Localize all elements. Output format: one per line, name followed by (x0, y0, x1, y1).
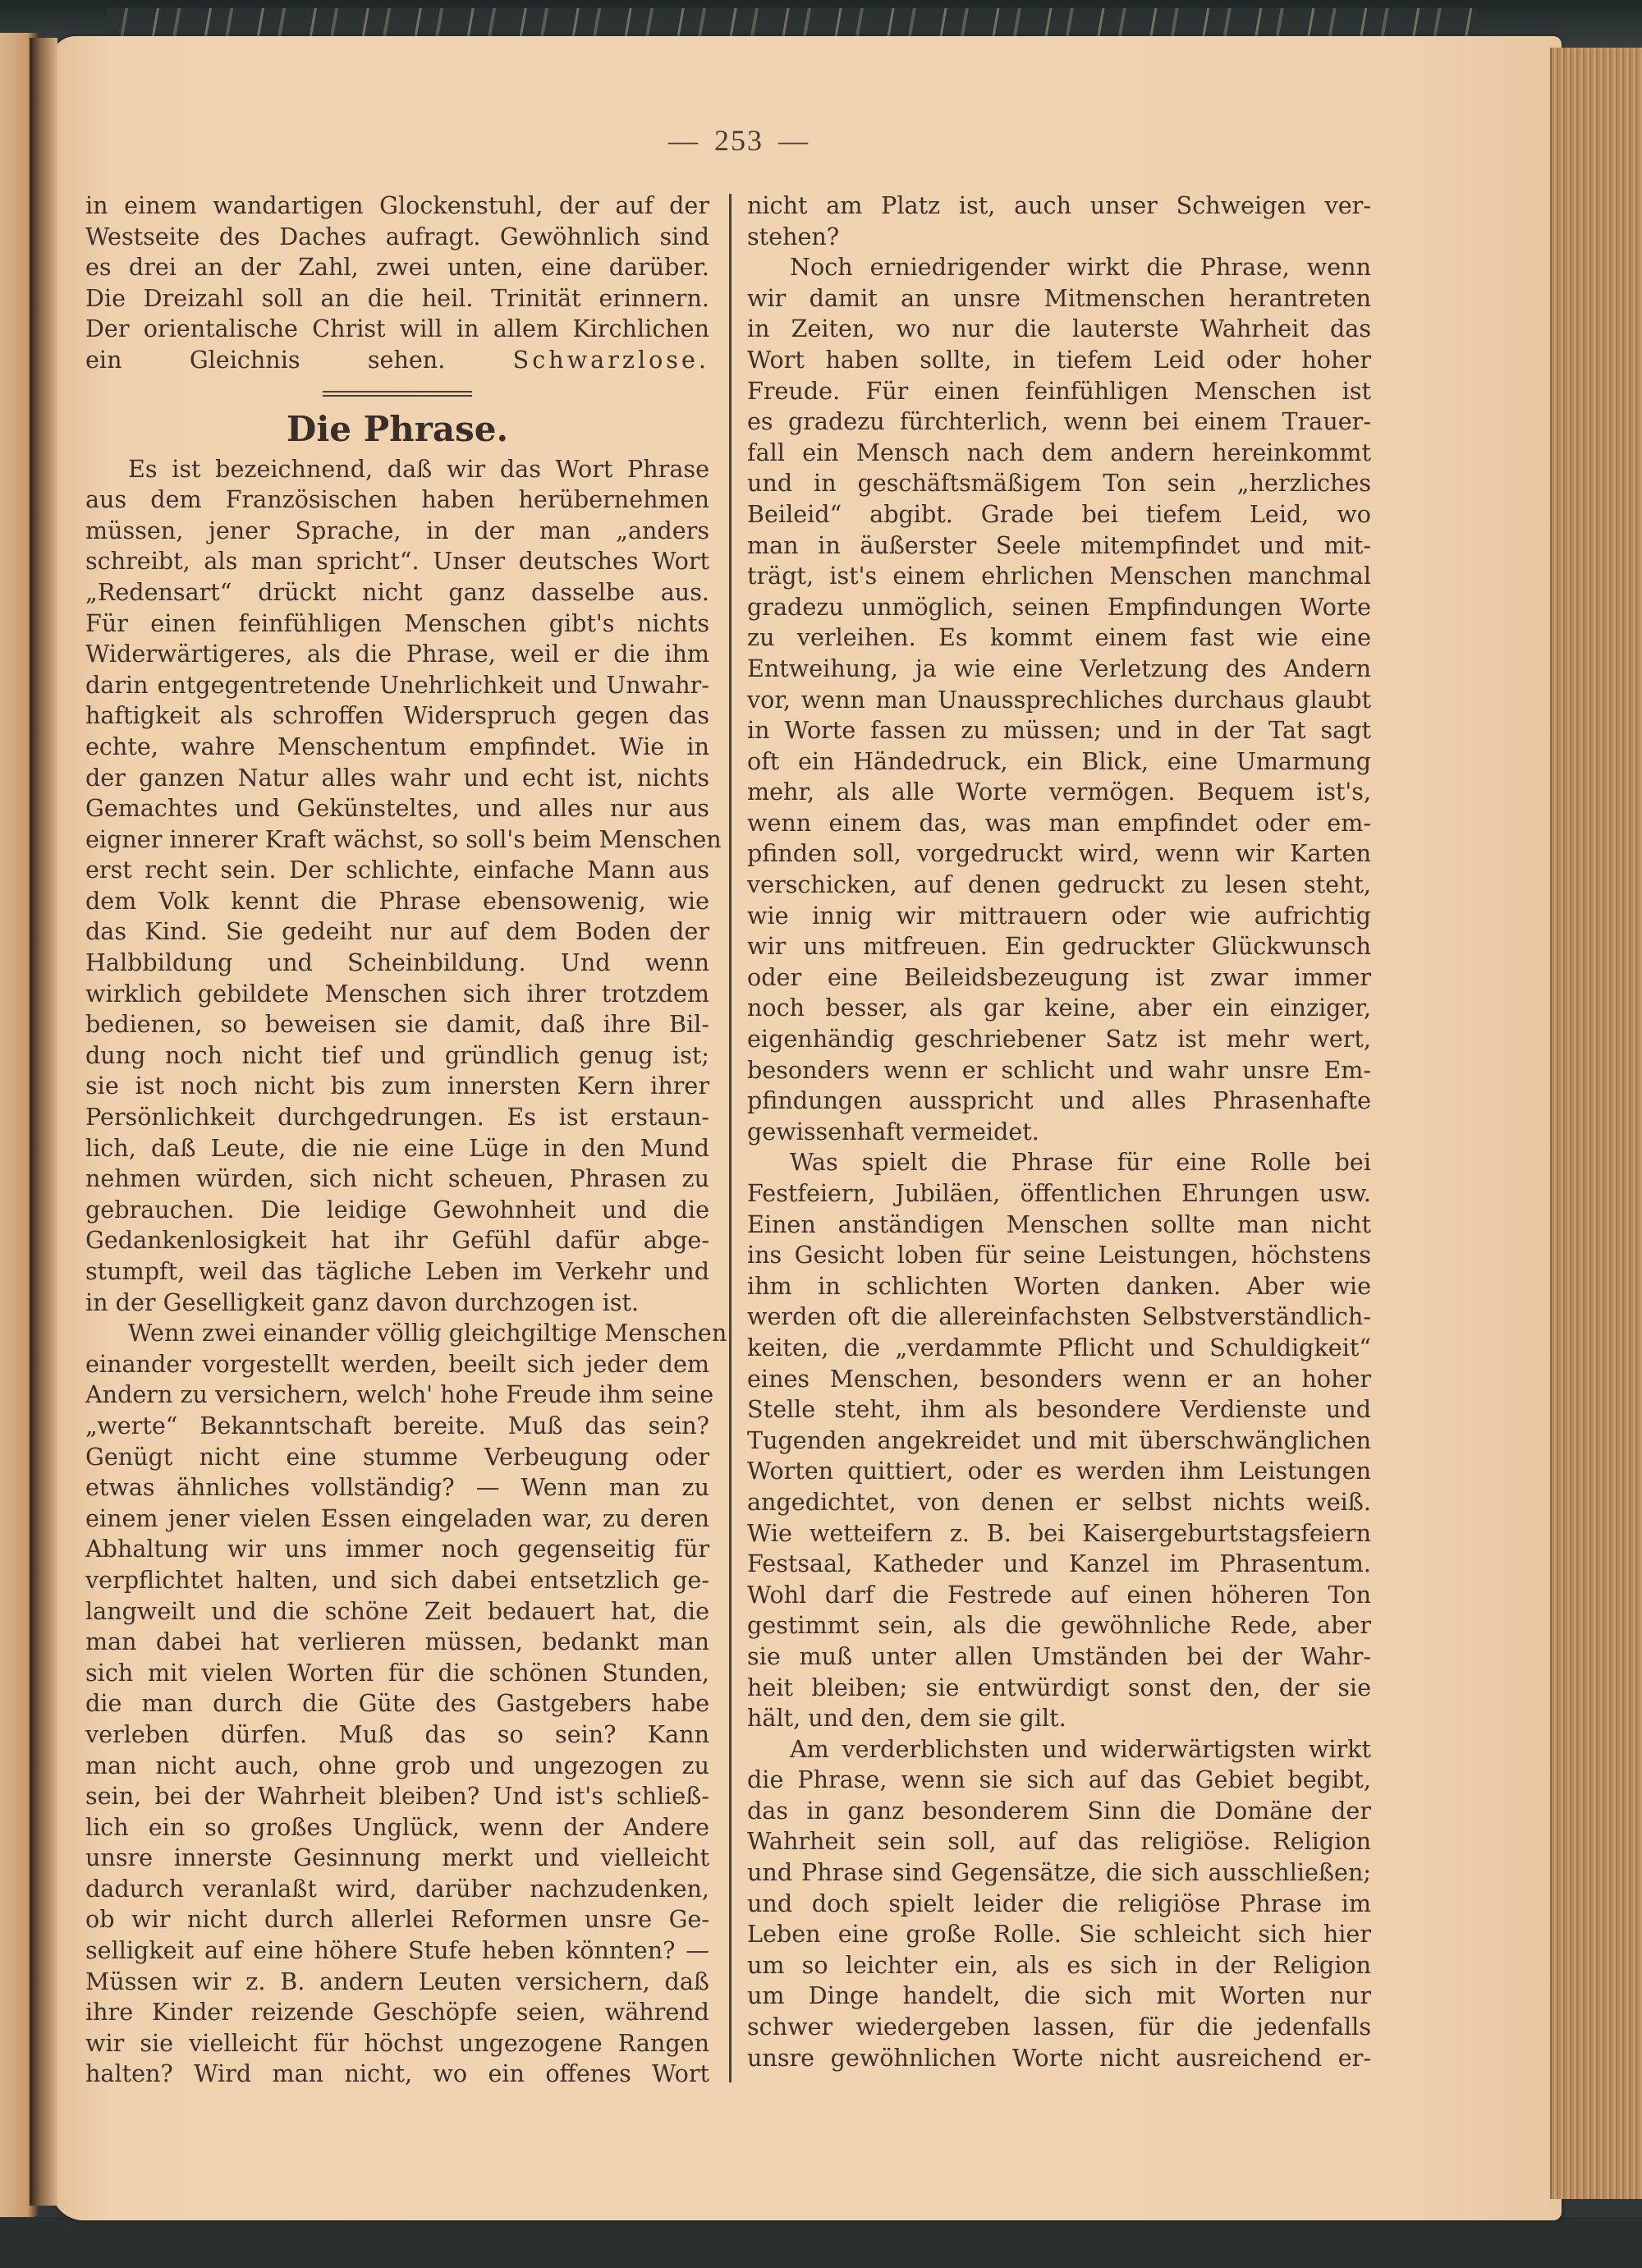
paragraph-2-line: man nicht auch, ohne grob und ungezogen … (85, 1751, 709, 1782)
paragraph-1-line: „Redensart“ drückt nicht ganz dasselbe a… (85, 577, 709, 608)
paragraph-1-line: echte, wahre Menschentum empfindet. Wie … (85, 732, 709, 763)
paragraph-5-line: und Phrase sind Gegensätze, die sich aus… (747, 1857, 1371, 1889)
paragraph-3-line: gradezu unmöglich, seinen Empfindungen W… (747, 592, 1371, 623)
paragraph-4-line: sie muß unter allen Umständen bei der Wa… (747, 1641, 1371, 1673)
paragraph-2-line: stehen? (747, 222, 1371, 253)
paragraph-2-line: ob wir nicht durch allerlei Reformen uns… (85, 1904, 709, 1935)
paragraph-5-line: unsre gewöhnlichen Worte nicht ausreiche… (747, 2043, 1371, 2074)
preceding-article-line: es drei an der Zahl, zwei unten, eine da… (85, 252, 709, 283)
paragraph-3-line: zu verleihen. Es kommt einem fast wie ei… (747, 622, 1371, 654)
paragraph-4-line: angedichtet, von denen er selbst nichts … (747, 1487, 1371, 1518)
paragraph-3-line: wir damit an unsre Mitmenschen herantret… (747, 283, 1371, 314)
paragraph-4-line: Tugenden angekreidet und mit überschwäng… (747, 1426, 1371, 1457)
paragraph-5-line: Wahrheit sein soll, auf das religiöse. R… (747, 1826, 1371, 1857)
paragraph-2-line: etwas ähnliches vollständig? — Wenn man … (85, 1472, 709, 1504)
paragraph-4-line: ins Gesicht loben für seine Leistungen, … (747, 1240, 1371, 1271)
paragraph-1-line: in der Geselligkeit ganz davon durchzoge… (85, 1288, 709, 1319)
paragraph-3-line: noch besser, als gar keine, aber ein ein… (747, 993, 1371, 1024)
paragraph-2-line: „werte“ Bekanntschaft bereite. Muß das s… (85, 1411, 709, 1442)
paragraph-3-line: eigenhändig geschriebener Satz ist mehr … (747, 1024, 1371, 1055)
paragraph-2-line: sein, bei der Wahrheit bleiben? Und ist'… (85, 1781, 709, 1812)
paragraph-5-line: und doch spielt leider die religiöse Phr… (747, 1889, 1371, 1920)
paragraph-2-line: einander vorgestellt werden, beeilt sich… (85, 1349, 709, 1380)
page-number-value: 253 (714, 124, 764, 157)
book-cover-bottom (0, 2217, 1642, 2268)
paragraph-4-line: werden oft die allereinfachsten Selbstve… (747, 1302, 1371, 1333)
paragraph-1-line: erst recht sein. Der schlichte, einfache… (85, 855, 709, 886)
paragraph-5-line: Am verderblichsten und widerwärtigsten w… (747, 1734, 1371, 1765)
paragraph-1-line: stumpft, weil das tägliche Leben im Verk… (85, 1256, 709, 1288)
paragraph-1-line: dung noch nicht tief und gründlich genug… (85, 1040, 709, 1072)
right-column: nicht am Platz ist, auch unser Schweigen… (747, 191, 1371, 2073)
paragraph-2-line: Abhaltung wir uns immer noch gegenseitig… (85, 1534, 709, 1565)
paragraph-1-line: Persönlichkeit durchgedrungen. Es ist er… (85, 1102, 709, 1133)
paragraph-1-line: eigner innerer Kraft wächst, so soll's b… (85, 824, 709, 856)
preceding-article-line: Westseite des Daches aufragt. Gewöhnlich… (85, 222, 709, 253)
paragraph-5-line: Leben eine große Rolle. Sie schleicht si… (747, 1919, 1371, 1950)
preceding-article-line: in einem wandartigen Glockenstuhl, der a… (85, 191, 709, 222)
paragraph-2-line: einem jener vielen Essen eingeladen war,… (85, 1504, 709, 1535)
paragraph-3-line: mehr, als alle Worte vermögen. Bequem is… (747, 777, 1371, 808)
paragraph-2-line: langweilt und die schöne Zeit bedauert h… (85, 1596, 709, 1628)
paragraph-4-line: heit bleiben; sie entwürdigt sonst den, … (747, 1673, 1371, 1704)
paragraph-3-line: pfindungen ausspricht und alles Phrasenh… (747, 1086, 1371, 1117)
preceding-article-line: Die Dreizahl soll an die heil. Trinität … (85, 283, 709, 314)
paragraph-3-line: fall ein Mensch nach dem andern hereinko… (747, 438, 1371, 469)
paragraph-4-line: ihm in schlichten Worten danken. Aber wi… (747, 1271, 1371, 1302)
paragraph-1-line: bedienen, so beweisen sie damit, daß ihr… (85, 1009, 709, 1040)
page-number-dash-right: — (778, 124, 810, 157)
paragraph-3-line: besonders wenn er schlicht und wahr unsr… (747, 1055, 1371, 1086)
paragraph-2-line: unsre innerste Gesinnung merkt und viell… (85, 1843, 709, 1874)
paragraph-1-line: schreibt, als man spricht“. Unser deutsc… (85, 546, 709, 577)
paragraph-5-line: das in ganz besonderem Sinn die Domäne d… (747, 1796, 1371, 1827)
paragraph-3-line: pfinden soll, vorgedruckt wird, wenn wir… (747, 838, 1371, 870)
paragraph-4-line: keiten, die „verdammte Pflicht und Schul… (747, 1333, 1371, 1364)
paragraph-1-line: müssen, jener Sprache, in der man „ander… (85, 516, 709, 547)
paragraph-1-line: Gemachtes und Gekünsteltes, und alles nu… (85, 793, 709, 824)
paragraph-3-line: in Worte fassen zu müssen; und in der Ta… (747, 715, 1371, 746)
paragraph-3-line: oder eine Beileidsbezeugung ist zwar imm… (747, 962, 1371, 994)
paragraph-1-line: lich, daß Leute, die nie eine Lüge in de… (85, 1133, 709, 1164)
paragraph-3-line: man in äußerster Seele mitempfindet und … (747, 530, 1371, 562)
paragraph-1-line: darin entgegentretende Unehrlichkeit und… (85, 670, 709, 701)
paragraph-3-line: wie innig wir mittrauern oder wie aufric… (747, 901, 1371, 932)
paragraph-1-line: der ganzen Natur alles wahr und echt ist… (85, 763, 709, 794)
paragraph-3-line: Freude. Für einen feinfühligen Menschen … (747, 376, 1371, 407)
paragraph-1-line: Für einen feinfühligen Menschen gibt's n… (85, 608, 709, 640)
paragraph-4-line: eines Menschen, besonders wenn er an hoh… (747, 1364, 1371, 1395)
paragraph-1-line: das Kind. Sie gedeiht nur auf dem Boden … (85, 916, 709, 948)
paragraph-2-line: sich mit vielen Worten für die schönen S… (85, 1658, 709, 1689)
paragraph-2-line: nicht am Platz ist, auch unser Schweigen… (747, 191, 1371, 222)
paragraph-1-line: Gedankenlosigkeit hat ihr Gefühl dafür a… (85, 1225, 709, 1256)
paragraph-2-line: ihre Kinder reizende Geschöpfe seien, wä… (85, 1997, 709, 2028)
paragraph-2-line: verleben dürfen. Muß das so sein? Kann (85, 1719, 709, 1751)
paragraph-2-line: halten? Wird man nicht, wo ein offenes W… (85, 2059, 709, 2090)
paragraph-3-line: in Zeiten, wo nur die lauterste Wahrheit… (747, 314, 1371, 345)
paragraph-4-line: Was spielt die Phrase für eine Rolle bei (747, 1147, 1371, 1178)
paragraph-3-line: und in geschäftsmäßigem Ton sein „herzli… (747, 468, 1371, 499)
paragraph-3-line: Entweihung, ja wie eine Verletzung des A… (747, 654, 1371, 685)
preceding-article-signature-line: ein Gleichnis sehen. Schwarzlose. (85, 345, 709, 376)
paragraph-2-line: dadurch veranlaßt wird, darüber nachzude… (85, 1874, 709, 1905)
paragraph-2-line: selligkeit auf eine höhere Stufe heben k… (85, 1935, 709, 1967)
preceding-article-last-text: ein Gleichnis sehen. (85, 346, 445, 374)
paragraph-2-line: Müssen wir z. B. andern Leuten versicher… (85, 1967, 709, 1998)
paragraph-4-line: Stelle steht, ihm als besondere Verdiens… (747, 1394, 1371, 1426)
preceding-article-line: Der orientalische Christ will in allem K… (85, 314, 709, 345)
paragraph-4-line: Worten quittiert, oder es werden ihm Lei… (747, 1456, 1371, 1487)
paragraph-3-line: trägt, ist's einem ehrlichen Menschen ma… (747, 561, 1371, 592)
paragraph-5-line: schwer wiedergeben lassen, für die jeden… (747, 2012, 1371, 2043)
paragraph-3-line: verschicken, auf denen gedruckt zu lesen… (747, 870, 1371, 901)
paragraph-3-line: oft ein Händedruck, ein Blick, eine Umar… (747, 746, 1371, 778)
paragraph-4-line: Festsaal, Katheder und Kanzel im Phrasen… (747, 1549, 1371, 1580)
paragraph-1-line: dem Volk kennt die Phrase ebensowenig, w… (85, 886, 709, 917)
paragraph-3-line: wir uns mitfreuen. Ein gedruckter Glückw… (747, 931, 1371, 962)
paragraph-1-line: wirklich gebildete Menschen sich ihrer t… (85, 979, 709, 1010)
paragraph-2-line: Andern zu versichern, welch' hohe Freude… (85, 1380, 709, 1411)
paragraph-1-line: sie ist noch nicht bis zum innersten Ker… (85, 1071, 709, 1102)
page-number-dash-left: — (668, 124, 699, 157)
paragraph-2-line: die man durch die Güte des Gastgebers ha… (85, 1688, 709, 1719)
paragraph-3-line: es gradezu fürchterlich, wenn bei einem … (747, 406, 1371, 438)
paragraph-2-line: wir sie vielleicht für höchst ungezogene… (85, 2028, 709, 2059)
paragraph-3-line: Beileid“ abgibt. Grade bei tiefem Leid, … (747, 499, 1371, 530)
paragraph-4-line: Wie wetteifern z. B. bei Kaisergeburtsta… (747, 1518, 1371, 1549)
paragraph-3-line: vor, wenn man Unaussprechliches durchaus… (747, 685, 1371, 716)
article-title: Die Phrase. (85, 406, 709, 452)
two-column-text: in einem wandartigen Glockenstuhl, der a… (85, 191, 1391, 2079)
paragraph-3-line: Noch erniedrigender wirkt die Phrase, we… (747, 252, 1371, 283)
paragraph-2-line: man dabei hat verlieren müssen, bedankt … (85, 1627, 709, 1658)
author-signature: Schwarzlose. (513, 346, 709, 374)
paragraph-1-line: Halbbildung und Scheinbildung. Und wenn (85, 948, 709, 979)
paragraph-1-line: gebrauchen. Die leidige Gewohnheit und d… (85, 1195, 709, 1226)
page-number: —253— (649, 123, 829, 158)
paragraph-2-line: Wenn zwei einander völlig gleichgiltige … (85, 1318, 709, 1349)
paragraph-4-line: Wohl darf die Festrede auf einen höheren… (747, 1580, 1371, 1611)
paragraph-4-line: Einen anständigen Menschen sollte man ni… (747, 1210, 1371, 1241)
book-gutter (30, 38, 57, 2206)
paragraph-2-line: Genügt nicht eine stumme Verbeugung oder (85, 1442, 709, 1473)
section-separator-rule (323, 391, 472, 397)
paragraph-3-line: wenn einem das, was man empfindet oder e… (747, 808, 1371, 839)
left-column: in einem wandartigen Glockenstuhl, der a… (85, 191, 709, 2090)
paragraph-1-line: haftigkeit als schroffen Widerspruch geg… (85, 700, 709, 732)
paragraph-4-line: hält, und den, dem sie gilt. (747, 1703, 1371, 1734)
paragraph-1-line: aus dem Französischen haben herübernehme… (85, 484, 709, 516)
page-block-edges (1550, 48, 1642, 2199)
paragraph-3-line: gewissenhaft vermeidet. (747, 1117, 1371, 1148)
paragraph-1-line: nehmen würden, sich nicht scheuen, Phras… (85, 1164, 709, 1195)
column-divider (729, 194, 732, 2082)
paragraph-2-line: verpflichtet halten, und sich dabei ents… (85, 1565, 709, 1596)
paragraph-2-line: lich ein so großes Unglück, wenn der And… (85, 1812, 709, 1843)
paragraph-1-line: Widerwärtigeres, als die Phrase, weil er… (85, 639, 709, 670)
paragraph-1-line: Es ist bezeichnend, daß wir das Wort Phr… (85, 454, 709, 485)
paragraph-5-line: die Phrase, wenn sie sich auf das Gebiet… (747, 1765, 1371, 1796)
paragraph-3-line: Wort haben sollte, in tiefem Leid oder h… (747, 345, 1371, 376)
paragraph-5-line: um Dinge handelt, die sich mit Worten nu… (747, 1981, 1371, 2012)
paragraph-4-line: gestimmt sein, als die gewöhnliche Rede,… (747, 1610, 1371, 1641)
paragraph-5-line: um so leichter ein, als es sich in der R… (747, 1950, 1371, 1981)
paragraph-4-line: Festfeiern, Jubiläen, öffentlichen Ehrun… (747, 1178, 1371, 1210)
